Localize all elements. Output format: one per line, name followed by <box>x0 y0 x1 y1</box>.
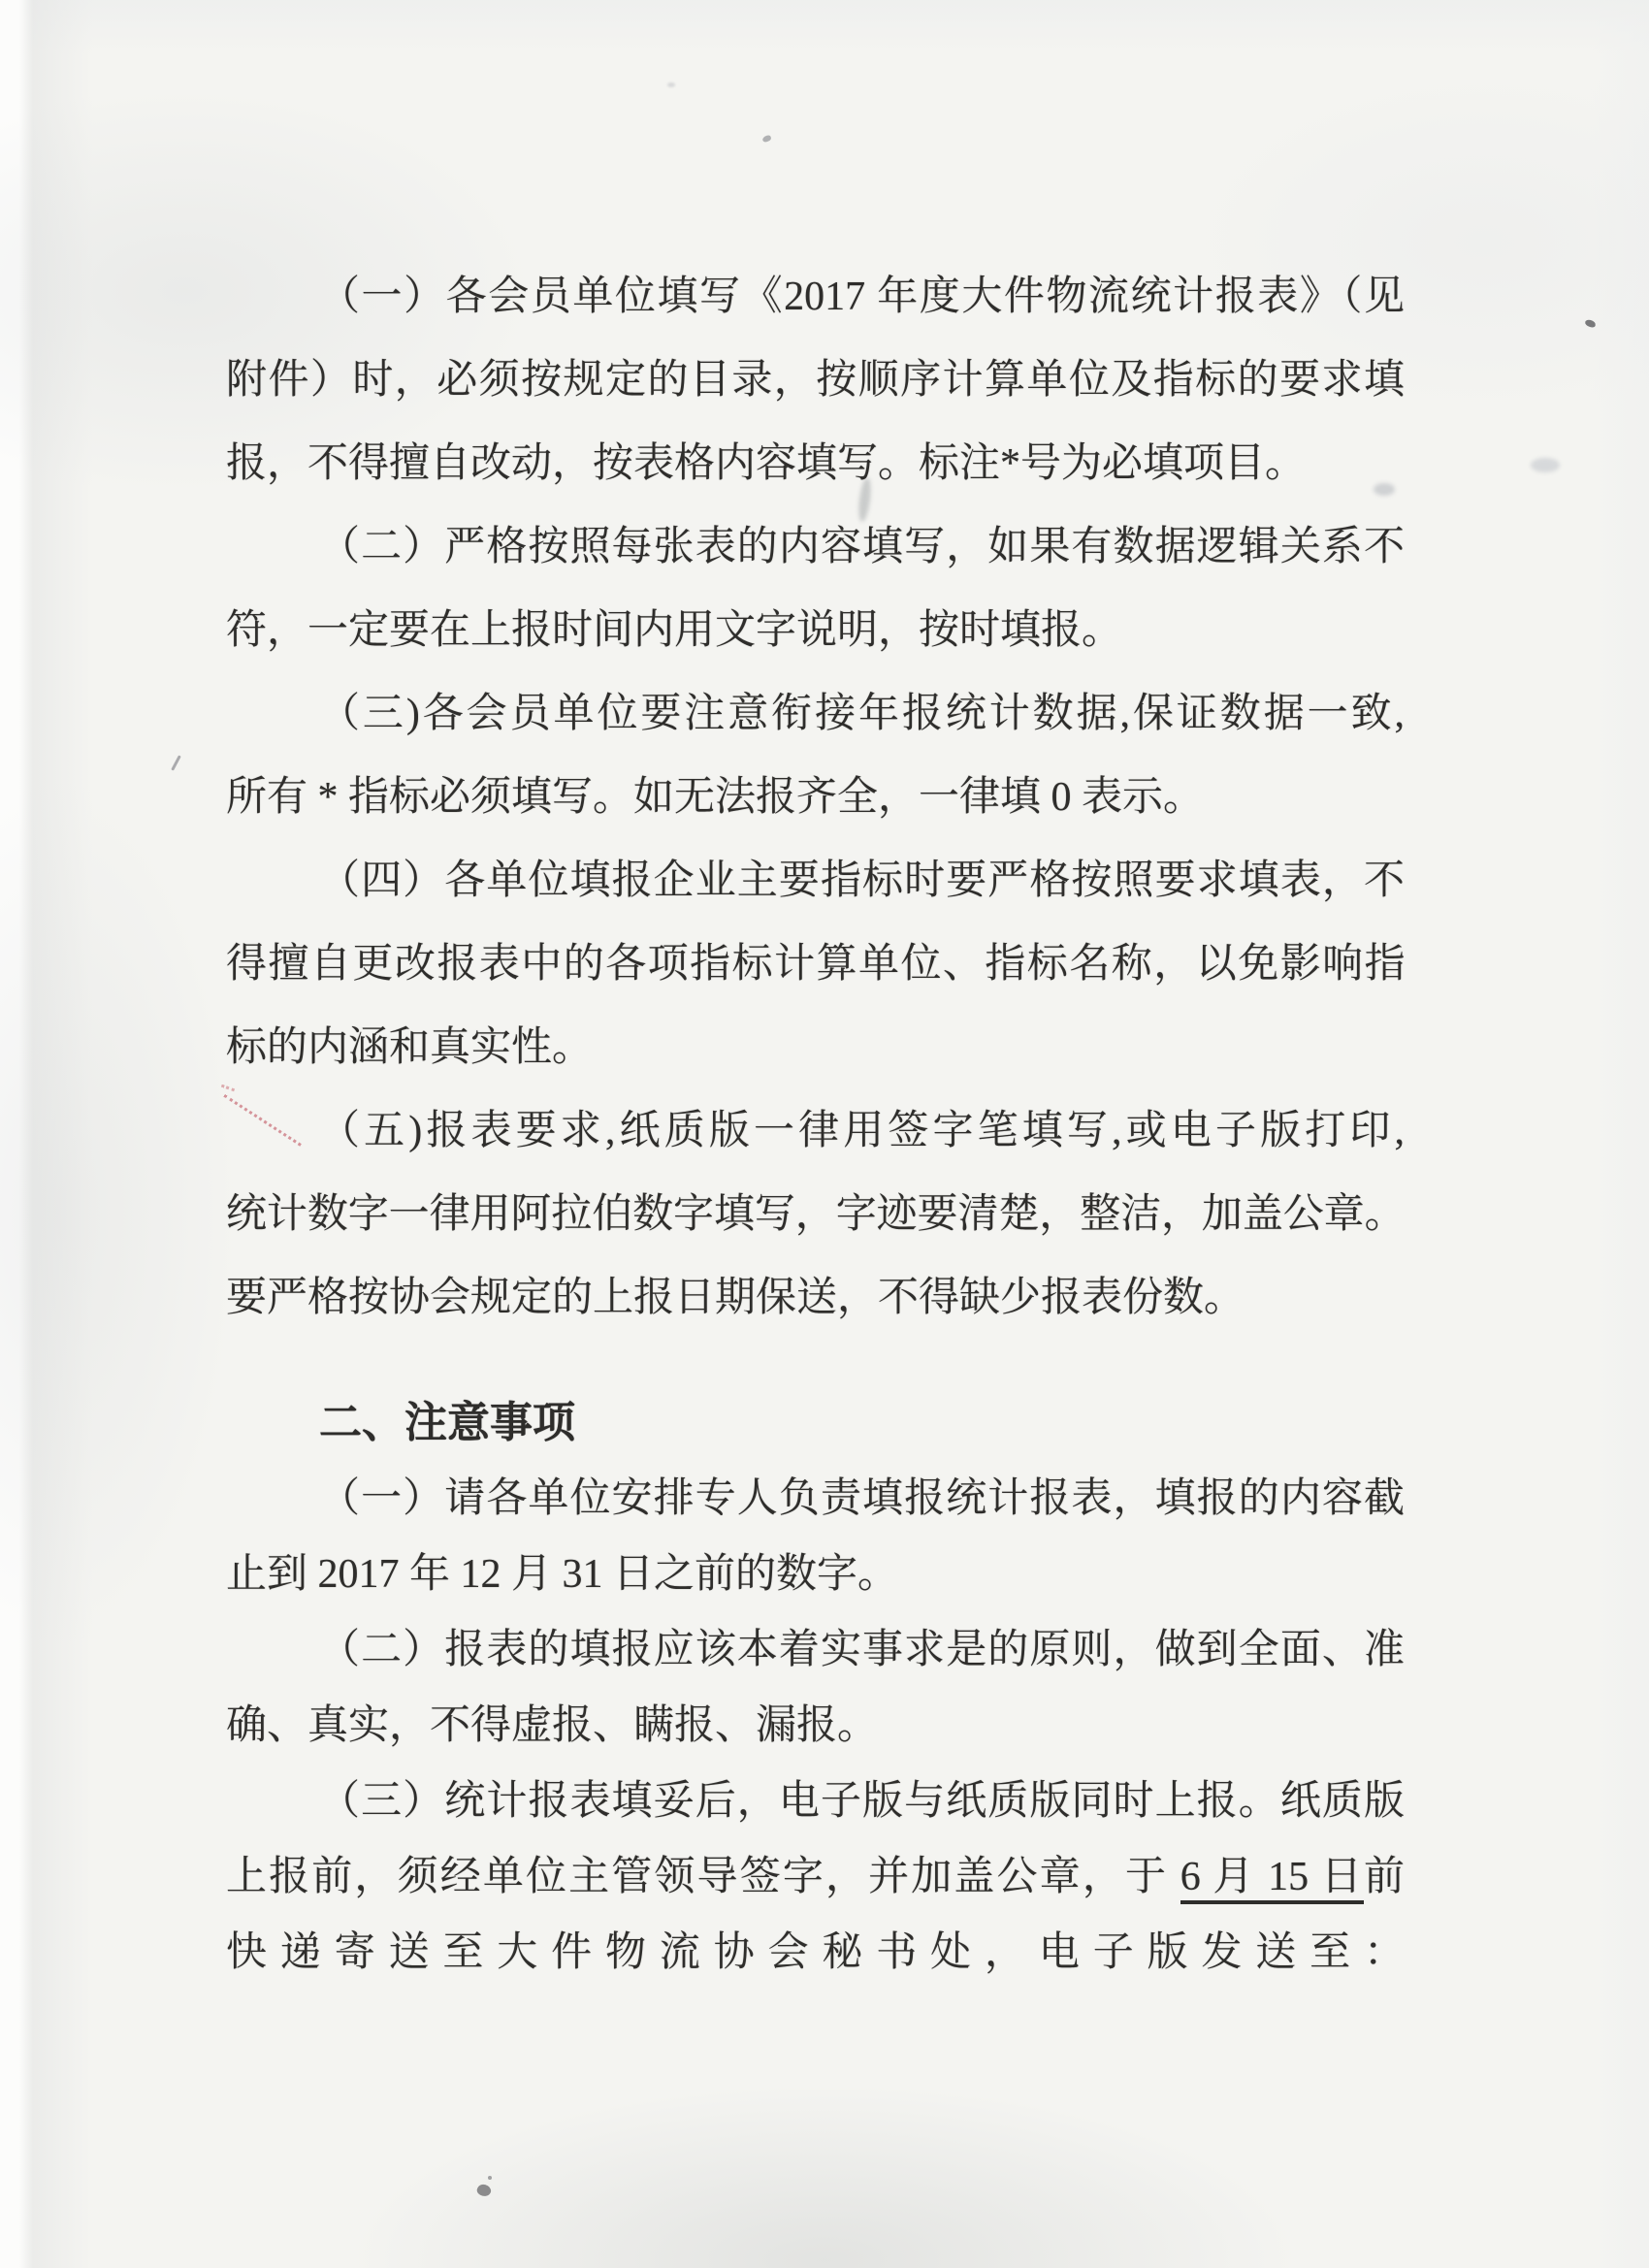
text-line: 所有 * 指标必须填写。如无法报齐全，一律填 0 表示。 <box>226 756 1405 839</box>
text-line: （四）各单位填报企业主要指标时要严格按照要求填表，不 <box>226 839 1405 923</box>
text-line: （一）请各单位安排专人负责填报统计报表，填报的内容截 <box>226 1461 1405 1537</box>
text-segment: 确、真实，不得虚报、瞒报、漏报。 <box>226 1703 878 1748</box>
text-segment: 附件）时，必须按规定的目录，按顺序计算单位及指标的要求填 <box>226 358 1405 403</box>
scan-speck <box>761 135 772 144</box>
text-segment: （三)各会员单位要注意衔接年报统计数据,保证数据一致, <box>319 692 1405 736</box>
scan-speck <box>488 2176 492 2180</box>
text-segment: 上报前，须经单位主管领导签字，并加盖公章，于 <box>226 1855 1180 1899</box>
text-segment: （五)报表要求,纸质版一律用签字笔填写,或电子版打印, <box>319 1109 1405 1153</box>
scan-mark <box>171 755 181 770</box>
scan-smudge <box>1531 458 1560 472</box>
text-line: 上报前，须经单位主管领导签字，并加盖公章，于 6 月 15 日前 <box>226 1839 1405 1915</box>
text-segment: 前 <box>1364 1855 1405 1899</box>
text-line: （二）报表的填报应该本着实事求是的原则，做到全面、准 <box>226 1612 1405 1688</box>
text-line: 确、真实，不得虚报、瞒报、漏报。 <box>226 1688 1405 1764</box>
text-segment: 要严格按协会规定的上报日期保送，不得缺少报表份数。 <box>226 1276 1245 1320</box>
text-line: 统计数字一律用阿拉伯数字填写，字迹要清楚，整洁，加盖公章。 <box>226 1173 1405 1256</box>
section-heading: 二、注意事项 <box>226 1385 1405 1461</box>
text-line: （二）严格按照每张表的内容填写，如果有数据逻辑关系不 <box>226 505 1405 589</box>
text-line: 附件）时，必须按规定的目录，按顺序计算单位及指标的要求填 <box>226 339 1405 422</box>
text-line: 标的内涵和真实性。 <box>226 1006 1405 1089</box>
text-segment: 二、注意事项 <box>319 1399 575 1446</box>
text-line: 要严格按协会规定的上报日期保送，不得缺少报表份数。 <box>226 1256 1405 1340</box>
text-line: 符，一定要在上报时间内用文字说明，按时填报。 <box>226 589 1405 672</box>
text-segment: 报，不得擅自改动，按表格内容填写。标注*号为必填项目。 <box>226 441 1306 486</box>
document-page: （一）各会员单位填写《2017 年度大件物流统计报表》（见附件）时，必须按规定的… <box>0 0 1649 2268</box>
text-segment: 所有 * 指标必须填写。如无法报齐全，一律填 0 表示。 <box>226 775 1204 820</box>
underlined-deadline-date: 6 月 15 日 <box>1180 1855 1364 1904</box>
text-segment: （二）严格按照每张表的内容填写，如果有数据逻辑关系不 <box>319 525 1405 569</box>
text-line: 快递寄送至大件物流协会秘书处，电子版发送至： <box>226 1915 1405 1991</box>
text-line: （五)报表要求,纸质版一律用签字笔填写,或电子版打印, <box>226 1089 1405 1173</box>
text-line: 止到 2017 年 12 月 31 日之前的数字。 <box>226 1537 1405 1612</box>
text-segment: 统计数字一律用阿拉伯数字填写，字迹要清楚，整洁，加盖公章。 <box>226 1192 1405 1237</box>
text-segment: （三）统计报表填妥后，电子版与纸质版同时上报。纸质版 <box>319 1779 1405 1824</box>
text-line: 报，不得擅自改动，按表格内容填写。标注*号为必填项目。 <box>226 422 1405 505</box>
scan-smudge <box>667 82 675 87</box>
text-line: （三)各会员单位要注意衔接年报统计数据,保证数据一致, <box>226 672 1405 756</box>
text-segment: （一）请各单位安排专人负责填报统计报表，填报的内容截 <box>319 1476 1405 1521</box>
text-line: 得擅自更改报表中的各项指标计算单位、指标名称，以免影响指 <box>226 923 1405 1006</box>
text-segment: 得擅自更改报表中的各项指标计算单位、指标名称，以免影响指 <box>226 942 1405 987</box>
text-line: （一）各会员单位填写《2017 年度大件物流统计报表》（见 <box>226 255 1405 339</box>
text-segment: （一）各会员单位填写《2017 年度大件物流统计报表》（见 <box>319 275 1405 319</box>
text-segment: 止到 2017 年 12 月 31 日之前的数字。 <box>226 1552 898 1597</box>
scan-speck <box>1584 319 1596 329</box>
scan-speck <box>475 2182 493 2198</box>
text-line: （三）统计报表填妥后，电子版与纸质版同时上报。纸质版 <box>226 1764 1405 1839</box>
text-segment: （四）各单位填报企业主要指标时要严格按照要求填表，不 <box>319 859 1405 903</box>
document-text-block: （一）各会员单位填写《2017 年度大件物流统计报表》（见附件）时，必须按规定的… <box>226 255 1405 1991</box>
text-segment: 快递寄送至大件物流协会秘书处，电子版发送至： <box>226 1930 1405 1975</box>
text-segment: 符，一定要在上报时间内用文字说明，按时填报。 <box>226 608 1122 653</box>
text-segment: （二）报表的填报应该本着实事求是的原则，做到全面、准 <box>319 1628 1405 1672</box>
text-segment: 标的内涵和真实性。 <box>226 1025 593 1070</box>
